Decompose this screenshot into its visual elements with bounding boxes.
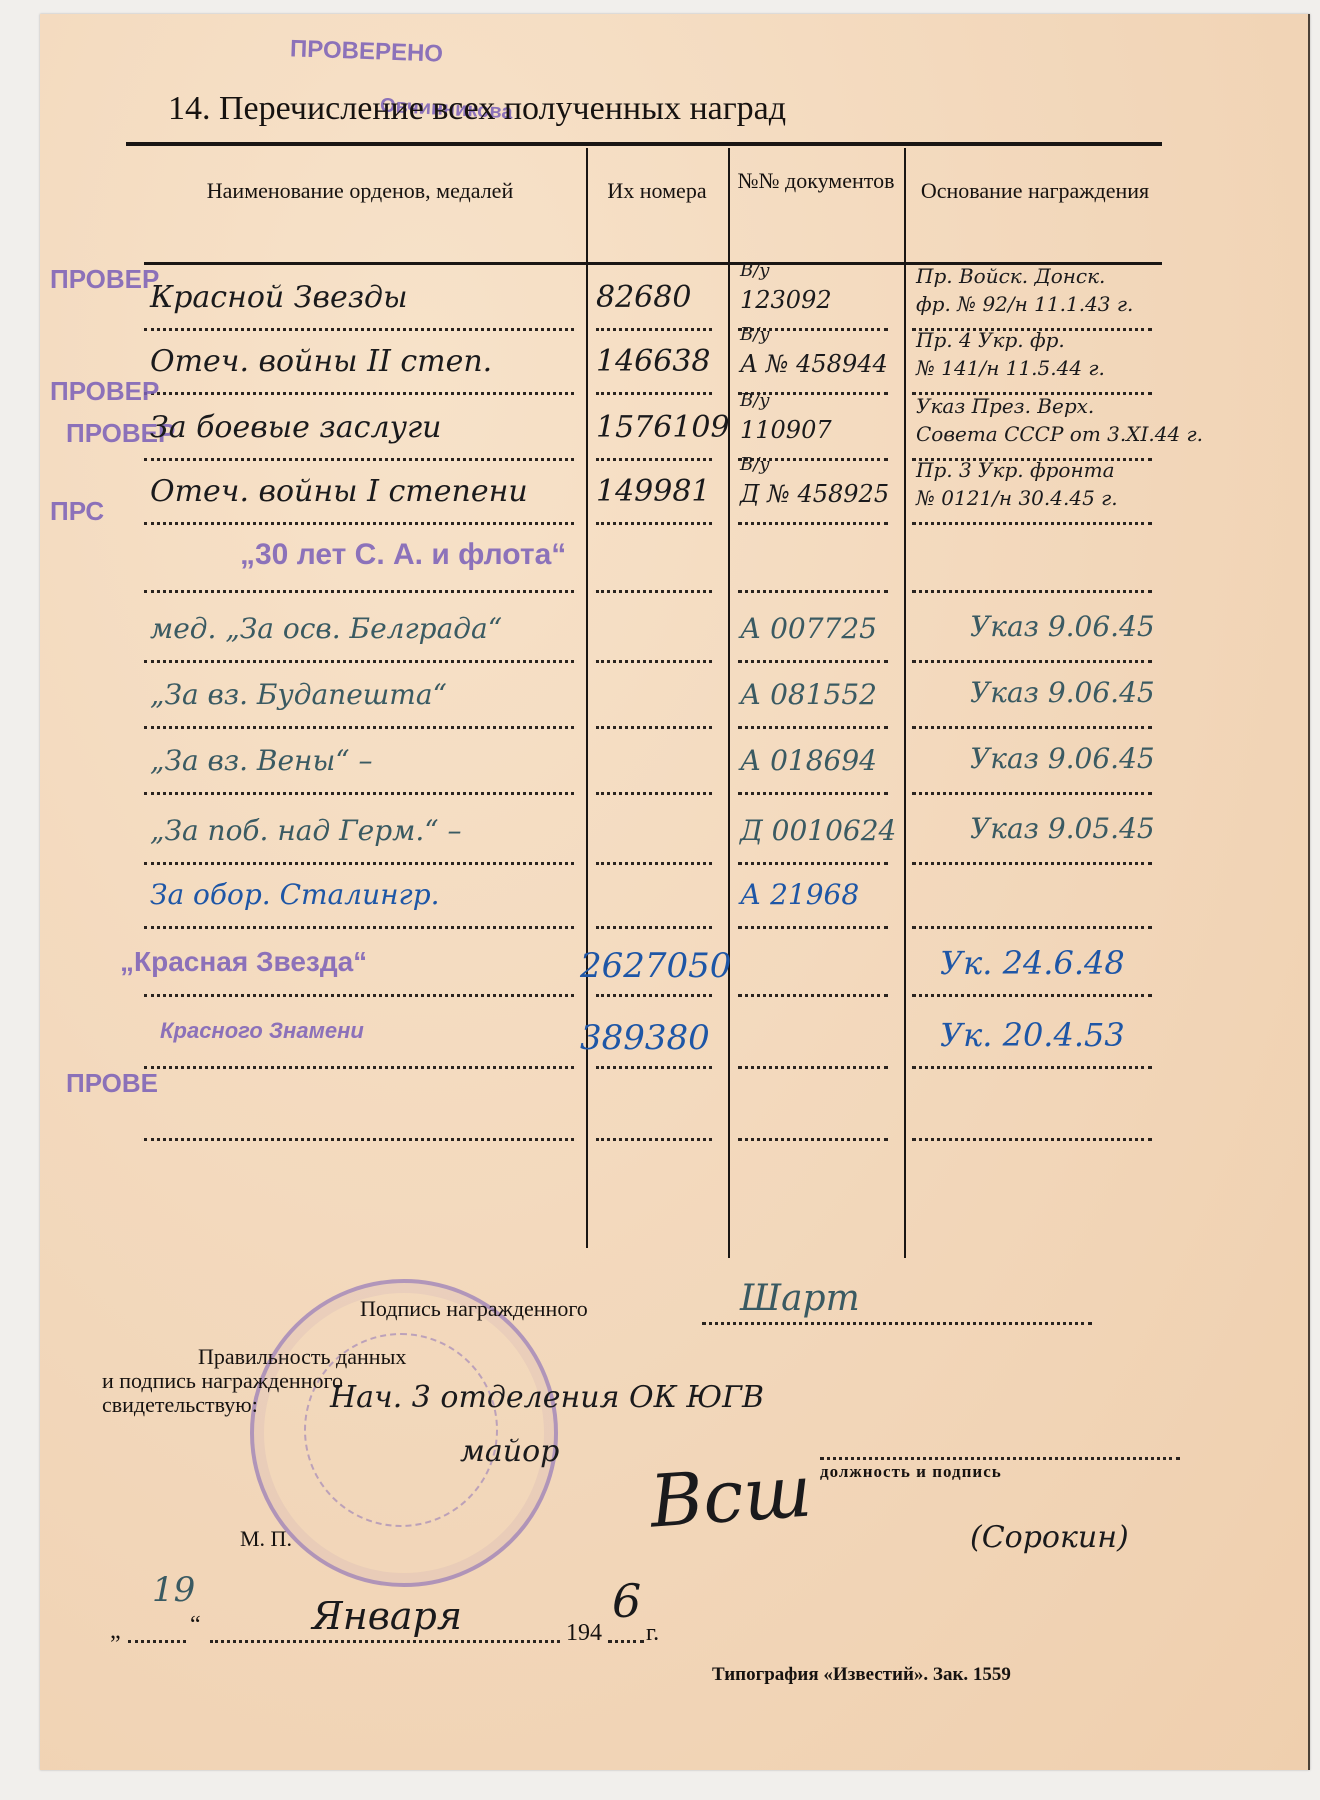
printer-imprint: Типография «Известий». Зак. 1559 [712,1664,1011,1686]
row-rule [738,1138,888,1141]
award-name: За боевые заслуги [150,410,441,445]
official-seal [250,1279,558,1587]
award-basis-line-2: № 141/н 11.5.44 г. [916,356,1105,380]
column-divider [586,148,588,1248]
row-rule [912,726,1152,729]
award-name: Отеч. войны I степени [150,474,528,509]
award-number: 1576109 [596,410,730,445]
row-rule [596,590,712,593]
row-rule [912,994,1152,997]
row-rule [596,726,712,729]
recipient-signature: Шарт [740,1278,860,1319]
award-basis: Указ 9.06.45 [970,676,1155,709]
row-rule [596,1138,712,1141]
award-basis: Указ 9.05.45 [970,812,1155,845]
document-page: ПРОВЕРЕНО Овчинникова 14. Перечисление в… [40,14,1310,1770]
row-rule [144,522,574,525]
award-name: Отеч. войны II степ. [150,344,492,379]
document-type: В/у [740,454,770,475]
row-rule [596,862,712,865]
row-rule [738,926,888,929]
row-rule [596,458,712,461]
row-rule [596,392,712,395]
row-rule [738,1066,888,1069]
seal-place-label: М. П. [240,1526,292,1552]
row-rule [912,862,1152,865]
row-rule [738,792,888,795]
award-basis-line-2: фр. № 92/н 11.1.43 г. [916,292,1133,316]
award-basis-line-2: № 0121/н 30.4.45 г. [916,486,1118,510]
section-title: 14. Перечисление всех полученных наград [168,90,786,128]
document-number: А 018694 [740,744,877,777]
row-rule [144,926,574,929]
row-rule [738,660,888,663]
row-rule [144,792,574,795]
row-rule [738,994,888,997]
award-basis-line-1: Пр. 4 Укр. фр. [916,328,1065,352]
row-rule [144,660,574,663]
row-rule [738,522,888,525]
row-rule [596,1066,712,1069]
certifier-name: (Сорокин) [970,1520,1129,1555]
date-day: 19 [152,1570,195,1610]
recipient-signature-label: Подпись награжденного [360,1296,588,1322]
document-type: В/у [740,260,770,281]
row-rule [738,590,888,593]
document-number: 110907 [740,416,832,444]
award-basis: Ук. 20.4.53 [940,1016,1125,1054]
row-rule [596,660,712,663]
margin-stamp: ПРОВЕ [66,1068,158,1099]
award-number: 149981 [596,474,711,509]
award-basis-line-1: Пр. Войск. Донск. [916,264,1105,288]
award-basis-line-1: Пр. 3 Укр. фронта [916,458,1115,482]
row-rule [144,994,574,997]
header-award-name: Наименование орденов, медалей [140,174,580,208]
column-divider [728,148,730,1258]
recipient-signature-line [702,1322,1092,1325]
row-rule [596,522,712,525]
date-quote-close: “ [190,1612,201,1639]
award-number: 82680 [596,280,691,315]
date-year-suffix: 6 [612,1574,641,1628]
award-name-stamp: „Красная Звезда“ [120,946,367,978]
row-rule [596,994,712,997]
date-year-line [608,1640,644,1643]
document-type: В/у [740,324,770,345]
document-type: В/у [740,390,770,411]
award-basis: Указ 9.06.45 [970,742,1155,775]
award-name: За обор. Сталингр. [150,878,440,911]
row-rule [144,862,574,865]
position-caption: должность и подпись [820,1462,1002,1482]
award-name-stamp: „30 лет С. А. и флота“ [240,538,566,572]
award-name: Красной Звезды [150,280,408,315]
header-numbers: Их номера [592,174,722,208]
row-rule [912,522,1152,525]
certifier-rank: майор [460,1434,559,1469]
award-number: 2627050 [580,946,731,986]
table-top-rule [126,142,1162,146]
award-name: „За вз. Будапешта“ [150,678,447,711]
row-rule [144,1138,574,1141]
certifier-signature-line [820,1457,1180,1460]
row-rule [596,926,712,929]
date-quote-open: „ [110,1618,121,1645]
row-rule [738,862,888,865]
column-divider [904,148,906,1258]
row-rule [596,792,712,795]
award-name: мед. „За осв. Белграда“ [150,612,502,645]
row-rule [144,392,574,395]
certify-label-2: и подпись награжденного [102,1368,343,1394]
row-rule [144,458,574,461]
date-day-line [128,1640,186,1643]
award-name-stamp: Красного Знамени [160,1018,364,1044]
row-rule [912,926,1152,929]
row-rule [596,328,712,331]
award-basis: Ук. 24.6.48 [940,944,1125,982]
date-month-line [210,1640,560,1643]
row-rule [738,726,888,729]
date-year-prefix: 194 [566,1620,602,1647]
date-year-g: г. [646,1620,659,1647]
certify-label-3: свидетельствую: [102,1392,258,1418]
row-rule [144,726,574,729]
certifier-position: Нач. 3 отделения ОК ЮГВ [330,1380,764,1415]
award-basis: Указ 9.06.45 [970,610,1155,643]
row-rule [912,1066,1152,1069]
date-month: Января [312,1594,462,1638]
row-rule [912,792,1152,795]
header-basis: Основание награждения [910,174,1160,208]
document-number: А № 458944 [740,350,888,378]
award-number: 389380 [580,1018,710,1058]
margin-stamp: ПРС [50,496,104,527]
certify-label-1: Правильность данных [198,1344,406,1370]
award-basis-line-1: Указ През. Верх. [916,394,1094,418]
document-number: Д № 458925 [740,480,889,508]
document-number: А 081552 [740,678,877,711]
margin-stamp: ПРОВЕР [50,264,159,295]
document-number: Д 0010624 [740,814,896,847]
document-number: А 007725 [740,612,877,645]
row-rule [912,660,1152,663]
certifier-signature: Всш [647,1448,814,1543]
row-rule [144,1066,574,1069]
row-rule [912,590,1152,593]
row-rule [912,1138,1152,1141]
document-number: 123092 [740,286,832,314]
award-name: „За вз. Вены“ – [150,744,373,777]
margin-stamp: ПРОВЕР [50,376,159,407]
award-name: „За поб. над Герм.“ – [150,814,461,847]
header-documents: №№ документов [734,164,898,198]
row-rule [144,590,574,593]
award-number: 146638 [596,344,711,379]
document-number: А 21968 [740,878,859,911]
row-rule [144,328,574,331]
checked-stamp: ПРОВЕРЕНО [290,35,444,68]
award-basis-line-2: Совета СССР от 3.XI.44 г. [916,422,1203,446]
